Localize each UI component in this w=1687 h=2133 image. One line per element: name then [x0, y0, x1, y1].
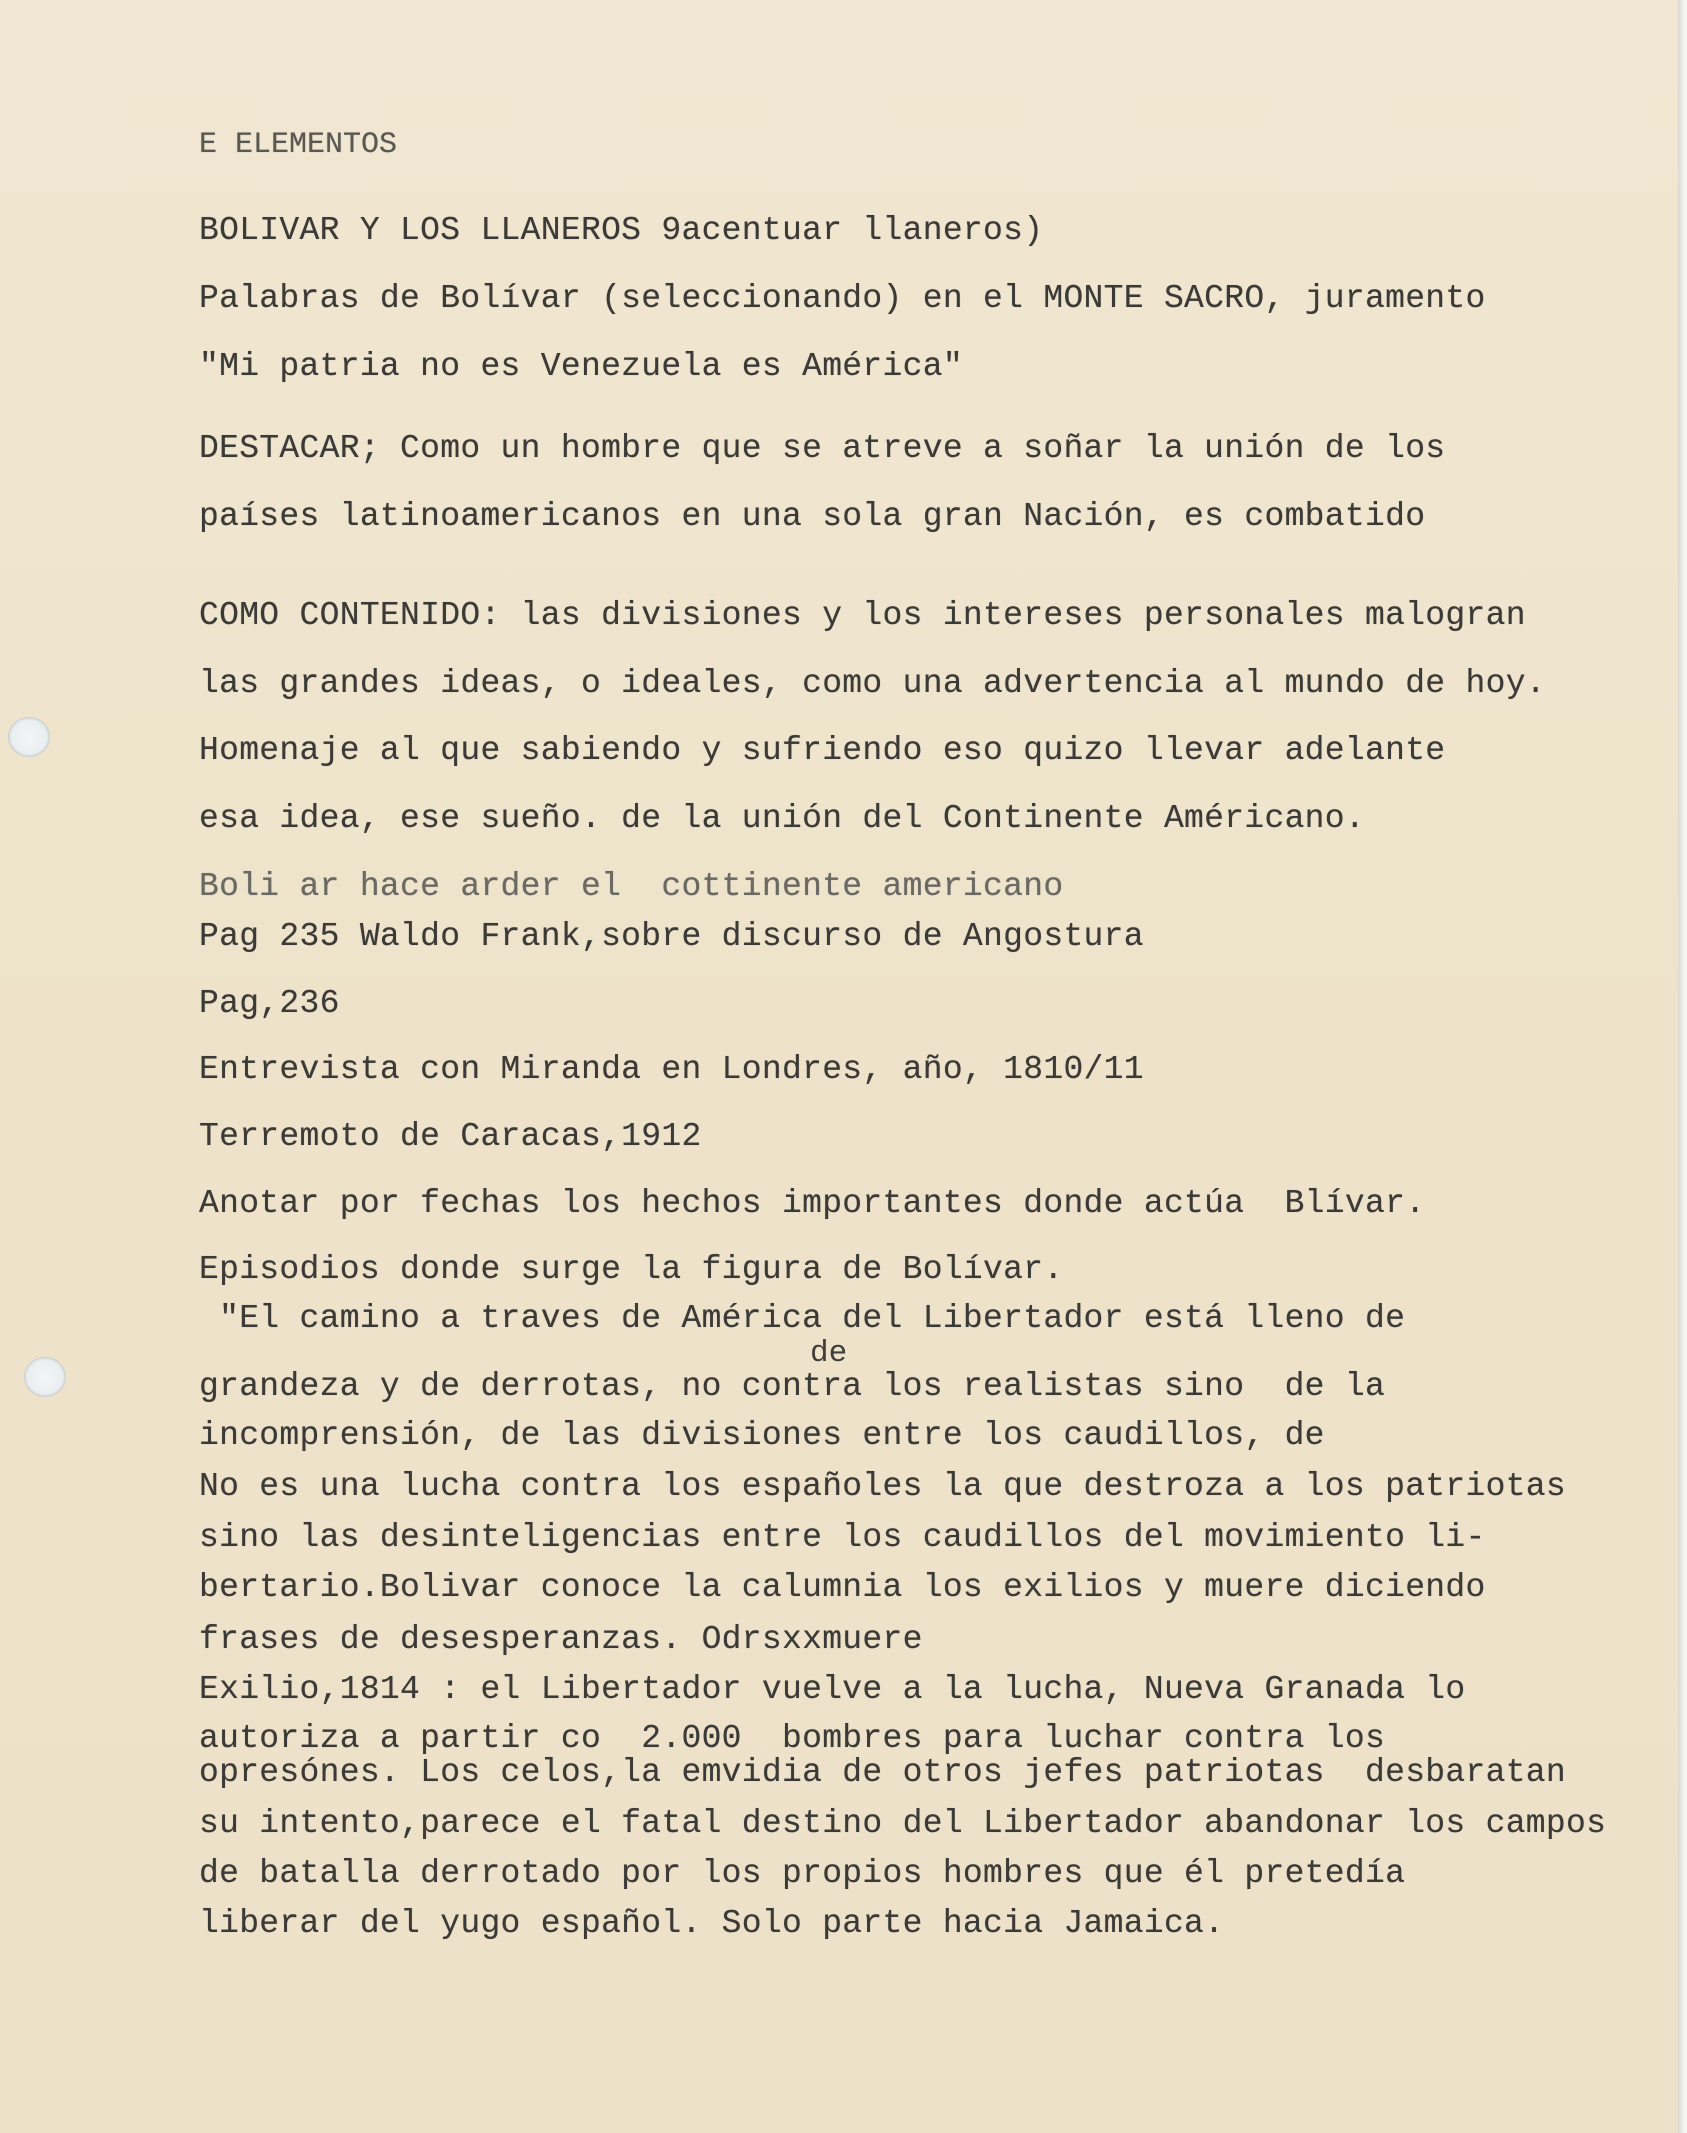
page-edge: [1678, 0, 1687, 2133]
typewritten-page: E ELEMENTOS BOLIVAR Y LOS LLANEROS 9acen…: [0, 0, 1678, 2133]
text-line-exilio-1814: Exilio,1814 : el Libertador vuelve a la …: [199, 1672, 1466, 1708]
text-line-terremoto: Terremoto de Caracas,1912: [199, 1119, 702, 1155]
text-line-esa-idea: esa idea, ese sueño. de la unión del Con…: [199, 801, 1365, 837]
text-line-como-contenido: COMO CONTENIDO: las divisiones y los int…: [199, 598, 1526, 634]
text-line-episodios: Episodios donde surge la figura de Bolív…: [199, 1252, 1063, 1288]
text-line-anotar: Anotar por fechas los hechos importantes…: [199, 1186, 1425, 1222]
text-line-liberar: liberar del yugo español. Solo parte hac…: [199, 1906, 1224, 1942]
interline-insert: de: [810, 1337, 847, 1371]
text-line-quote-patria: "Mi patria no es Venezuela es América": [199, 349, 963, 385]
punch-hole: [8, 717, 50, 757]
text-line-opresones: opresónes. Los celos,la emvidia de otros…: [199, 1755, 1566, 1791]
text-line-palabras: Palabras de Bolívar (seleccionando) en e…: [199, 281, 1486, 317]
document-heading: E ELEMENTOS: [199, 127, 397, 163]
text-line-homenaje: Homenaje al que sabiendo y sufriendo eso…: [199, 733, 1445, 769]
text-line-su-intento: su intento,parece el fatal destino del L…: [199, 1806, 1606, 1842]
text-line-desinteligencias: sino las desinteligencias entre los caud…: [199, 1520, 1486, 1556]
text-line-frases: frases de desesperanzas. Odrsxxmuere: [199, 1622, 923, 1658]
text-line-grandeza: grandeza y de derrotas, no contra los re…: [199, 1369, 1385, 1405]
text-line-pag-236: Pag,236: [199, 986, 340, 1022]
text-line-bertario: bertario.Bolivar conoce la calumnia los …: [199, 1570, 1486, 1606]
text-line-no-es-una-lucha: No es una lucha contra los españoles la …: [199, 1469, 1566, 1505]
text-line-entrevista: Entrevista con Miranda en Londres, año, …: [199, 1052, 1144, 1088]
text-line-de-batalla: de batalla derrotado por los propios hom…: [199, 1856, 1405, 1892]
text-line-incomprension: incomprensión, de las divisiones entre l…: [199, 1418, 1325, 1454]
text-line-bolivar-llaneros: BOLIVAR Y LOS LLANEROS 9acentuar llanero…: [199, 213, 1043, 249]
text-line-el-camino: "El camino a traves de América del Liber…: [199, 1301, 1405, 1337]
text-line-grandes-ideas: las grandes ideas, o ideales, como una a…: [199, 666, 1546, 702]
text-line-boli-ar: Boli ar hace arder el cottinente america…: [199, 869, 1063, 905]
text-line-pag-235: Pag 235 Waldo Frank,sobre discurso de An…: [199, 919, 1144, 955]
text-line-destacar: DESTACAR; Como un hombre que se atreve a…: [199, 431, 1445, 467]
punch-hole: [24, 1357, 66, 1397]
text-line-autoriza: autoriza a partir co 2.000 bombres para …: [199, 1721, 1385, 1757]
text-line-paises: países latinoamericanos en una sola gran…: [199, 499, 1425, 535]
